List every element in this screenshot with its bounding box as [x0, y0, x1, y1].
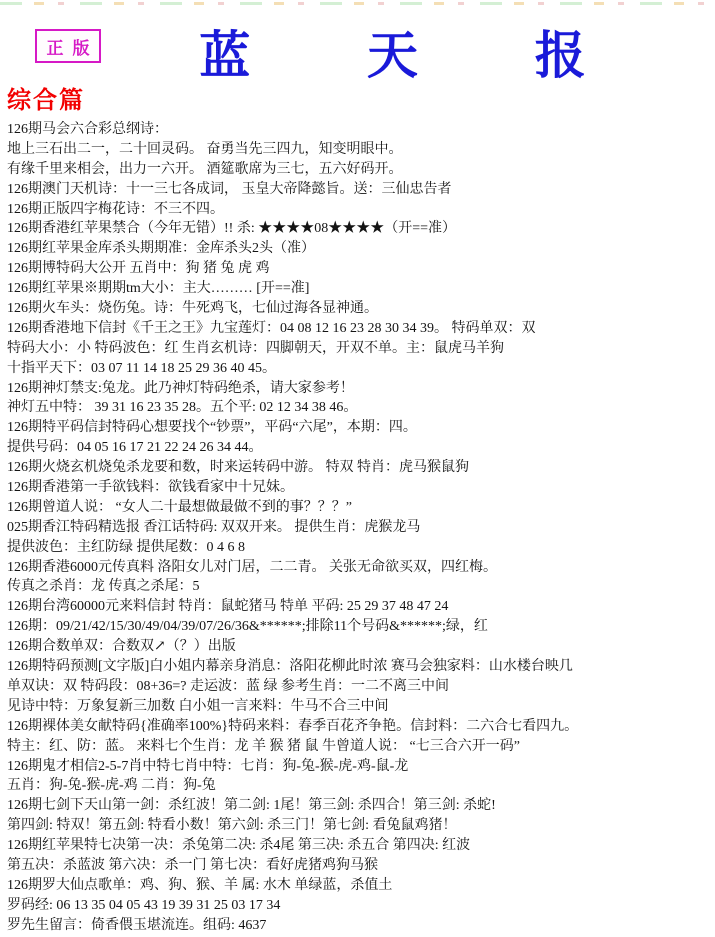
report-line: 126期马会六合彩总纲诗： [7, 120, 711, 140]
page-title: 蓝 天 报 [130, 14, 655, 88]
report-line: 126期红苹果特七决第一决：杀兔第二决: 杀4尾 第三决: 杀五合 第四决: 红… [7, 836, 711, 856]
report-line: 神灯五中特： 39 31 16 23 35 28。五个平: 02 12 34 3… [7, 398, 711, 418]
report-line: 126期正版四字梅花诗：不三不四。 [7, 200, 711, 220]
report-body: 126期马会六合彩总纲诗： 地上三石出二一，二十回灵码。 奋勇当先三四九，知变明… [7, 120, 715, 936]
section-title: 综合篇 [7, 86, 715, 116]
report-line: 特码大小：小 特码波色：红 生肖玄机诗：四脚朝天，开双不单。主：鼠虎马羊狗 [7, 339, 711, 359]
report-line: 第四剑: 特双！第五剑: 特看小数！第六剑: 杀三门！第七剑: 看兔鼠鸡猪！ [7, 816, 711, 836]
report-line: 126期香港6000元传真料 洛阳女儿对门居，二二青。 关张无命欲买双，四红梅。 [7, 558, 711, 578]
report-page: 正版 蓝 天 报 综合篇 126期马会六合彩总纲诗： 地上三石出二一，二十回灵码… [0, 0, 715, 937]
report-line: 126期火车头：烧伤兔。诗：牛死鸡飞，七仙过海各显神通。 [7, 299, 711, 319]
report-line: 126期特平码信封特码心想要找个“钞票”，平码“六尾”，本期：四。 [7, 418, 711, 438]
report-line: 见诗中特：万象复新三加数 白小姐一言来料：牛马不合三中间 [7, 697, 711, 717]
report-line: 第五决：杀蓝波 第六决：杀一门 第七决：看好虎猪鸡狗马猴 [7, 856, 711, 876]
report-line: 提供号码：04 05 16 17 21 22 24 26 34 44。 [7, 438, 711, 458]
report-line: 五肖：狗-兔-猴-虎-鸡 二肖：狗-兔 [7, 776, 711, 796]
report-line: 126期七剑下天山第一剑：杀红波！第二剑: 1尾！第三剑: 杀四合！第三剑: 杀… [7, 796, 711, 816]
report-line: 126期罗大仙点歌单：鸡、狗、猴、羊 属: 水木 单绿蓝，杀值土 [7, 876, 711, 896]
report-line: 126期合数单双：合数双↗（？）出版 [7, 637, 711, 657]
authentic-badge: 正版 [35, 29, 101, 63]
report-line: 十指平天下：03 07 11 14 18 25 29 36 40 45。 [7, 359, 711, 379]
report-line: 126期香港第一手欲钱料：欲钱看家中十兄妹。 [7, 478, 711, 498]
report-line: 126期红苹果金库杀头期期准：金库杀头2头（准） [7, 239, 711, 259]
report-line: 126期：09/21/42/15/30/49/04/39/07/26/36&**… [7, 617, 711, 637]
report-line: 地上三石出二一，二十回灵码。 奋勇当先三四九，知变明眼中。 [7, 140, 711, 160]
report-line: 025期香江特码精选报 香江话特码: 双双开来。 提供生肖：虎猴龙马 [7, 518, 711, 538]
report-line: 126期香港地下信封《千王之王》九宝莲灯：04 08 12 16 23 28 3… [7, 319, 711, 339]
report-line: 126期红苹果※期期tm大小：主大……… [开==准] [7, 279, 711, 299]
report-line: 126期博特码大公开 五肖中：狗 猪 兔 虎 鸡 [7, 259, 711, 279]
report-line: 126期火烧玄机烧兔杀龙要和数，时来运转码中游。 特双 特肖：虎马猴鼠狗 [7, 458, 711, 478]
report-header: 正版 蓝 天 报 [0, 0, 715, 84]
report-line: 罗先生留言：倚香偎玉堪流连。组码: 4637 [7, 916, 711, 936]
report-line: 126期鬼才相信2-5-7肖中特七肖中特：七肖：狗-兔-猴-虎-鸡-鼠-龙 [7, 757, 711, 777]
report-line: 有缘千里来相会，出力一六开。 酒筵歌席为三七，五六好码开。 [7, 160, 711, 180]
report-line: 126期香港红苹果禁合（今年无错）!! 杀: ★★★★08★★★★（开==准） [7, 219, 711, 239]
report-line: 罗码经: 06 13 35 04 05 43 19 39 31 25 03 17… [7, 896, 711, 916]
report-line: 126期台湾60000元来料信封 特肖：鼠蛇猪马 特单 平码: 25 29 37… [7, 597, 711, 617]
report-line: 特主：红、防：蓝。 来料七个生肖：龙 羊 猴 猪 鼠 牛曾道人说： “七三合六开… [7, 737, 711, 757]
report-line: 126期裸体美女献特码{准确率100%}特码来料：春季百花齐争艳。信封料：二六合… [7, 717, 711, 737]
report-line: 126期神灯禁支:兔龙。此乃神灯特码绝杀，请大家参考！ [7, 379, 711, 399]
report-line: 126期澳门天机诗：十一三七各成词， 玉皇大帝降懿旨。送：三仙忠告者 [7, 180, 711, 200]
report-line: 单双诀：双 特码段：08+36=? 走运波：蓝 绿 参考生肖：一二不离三中间 [7, 677, 711, 697]
report-line: 126期曾道人说： “女人二十最想做最做不到的事？？？” [7, 498, 711, 518]
report-line: 126期特码预测[文字版]白小姐内幕亲身消息：洛阳花柳此时浓 赛马会独家料：山水… [7, 657, 711, 677]
report-line: 提供波色：主红防绿 提供尾数：0 4 6 8 [7, 538, 711, 558]
report-line: 传真之杀肖：龙 传真之杀尾：5 [7, 577, 711, 597]
